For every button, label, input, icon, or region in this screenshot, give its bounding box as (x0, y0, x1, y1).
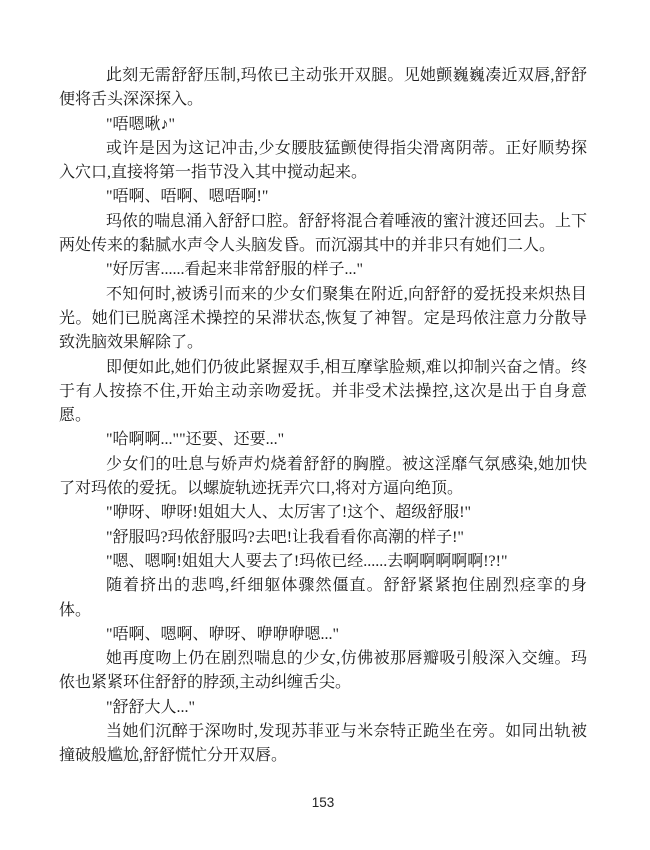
paragraph: "唔啊、唔啊、嗯唔啊!" (59, 185, 587, 209)
paragraph: "好厉害......看起来非常舒服的样子..." (59, 258, 587, 282)
paragraph: "咿呀、咿呀!姐姐大人、太厉害了!这个、超级舒服!" (59, 501, 587, 525)
paragraph: 此刻无需舒舒压制,玛侬已主动张开双腿。见她颤巍巍凑近双唇,舒舒便将舌头深深探入。 (59, 64, 587, 113)
paragraph: "舒舒大人..." (59, 696, 587, 720)
paragraph: 她再度吻上仍在剧烈喘息的少女,仿佛被那唇瓣吸引般深入交缠。玛侬也紧紧环住舒舒的脖… (59, 647, 587, 696)
paragraph: 玛侬的喘息涌入舒舒口腔。舒舒将混合着唾液的蜜汁渡还回去。上下两处传来的黏腻水声令… (59, 210, 587, 259)
paragraph: 当她们沉醉于深吻时,发现苏菲亚与米奈特正跪坐在旁。如同出轨被撞破般尴尬,舒舒慌忙… (59, 720, 587, 769)
paragraph: "舒服吗?玛侬舒服吗?去吧!让我看看你高潮的样子!" (59, 526, 587, 550)
paragraph: 随着挤出的悲鸣,纤细躯体骤然僵直。舒舒紧紧抱住剧烈痉挛的身体。 (59, 574, 587, 623)
paragraph: "哈啊啊...""还要、还要..." (59, 428, 587, 452)
paragraph: "嗯、嗯啊!姐姐大人要去了!玛侬已经......去啊啊啊啊啊!?!" (59, 550, 587, 574)
paragraph: 或许是因为这记冲击,少女腰肢猛颤使得指尖滑离阴蒂。正好顺势探入穴口,直接将第一指… (59, 137, 587, 186)
page-number: 153 (59, 795, 587, 810)
paragraph: "唔嗯啾♪" (59, 113, 587, 137)
paragraph: 少女们的吐息与娇声灼烧着舒舒的胸膛。被这淫靡气氛感染,她加快了对玛侬的爱抚。以螺… (59, 453, 587, 502)
paragraph: "唔啊、嗯啊、咿呀、咿咿咿嗯..." (59, 623, 587, 647)
text-block: 此刻无需舒舒压制,玛侬已主动张开双腿。见她颤巍巍凑近双唇,舒舒便将舌头深深探入。… (59, 64, 587, 769)
document-page: 此刻无需舒舒压制,玛侬已主动张开双腿。见她颤巍巍凑近双唇,舒舒便将舌头深深探入。… (0, 0, 650, 850)
paragraph: 不知何时,被诱引而来的少女们聚集在附近,向舒舒的爱抚投来炽热目光。她们已脱离淫术… (59, 283, 587, 356)
paragraph: 即便如此,她们仍彼此紧握双手,相互摩挲脸颊,难以抑制兴奋之情。终于有人按捺不住,… (59, 356, 587, 429)
